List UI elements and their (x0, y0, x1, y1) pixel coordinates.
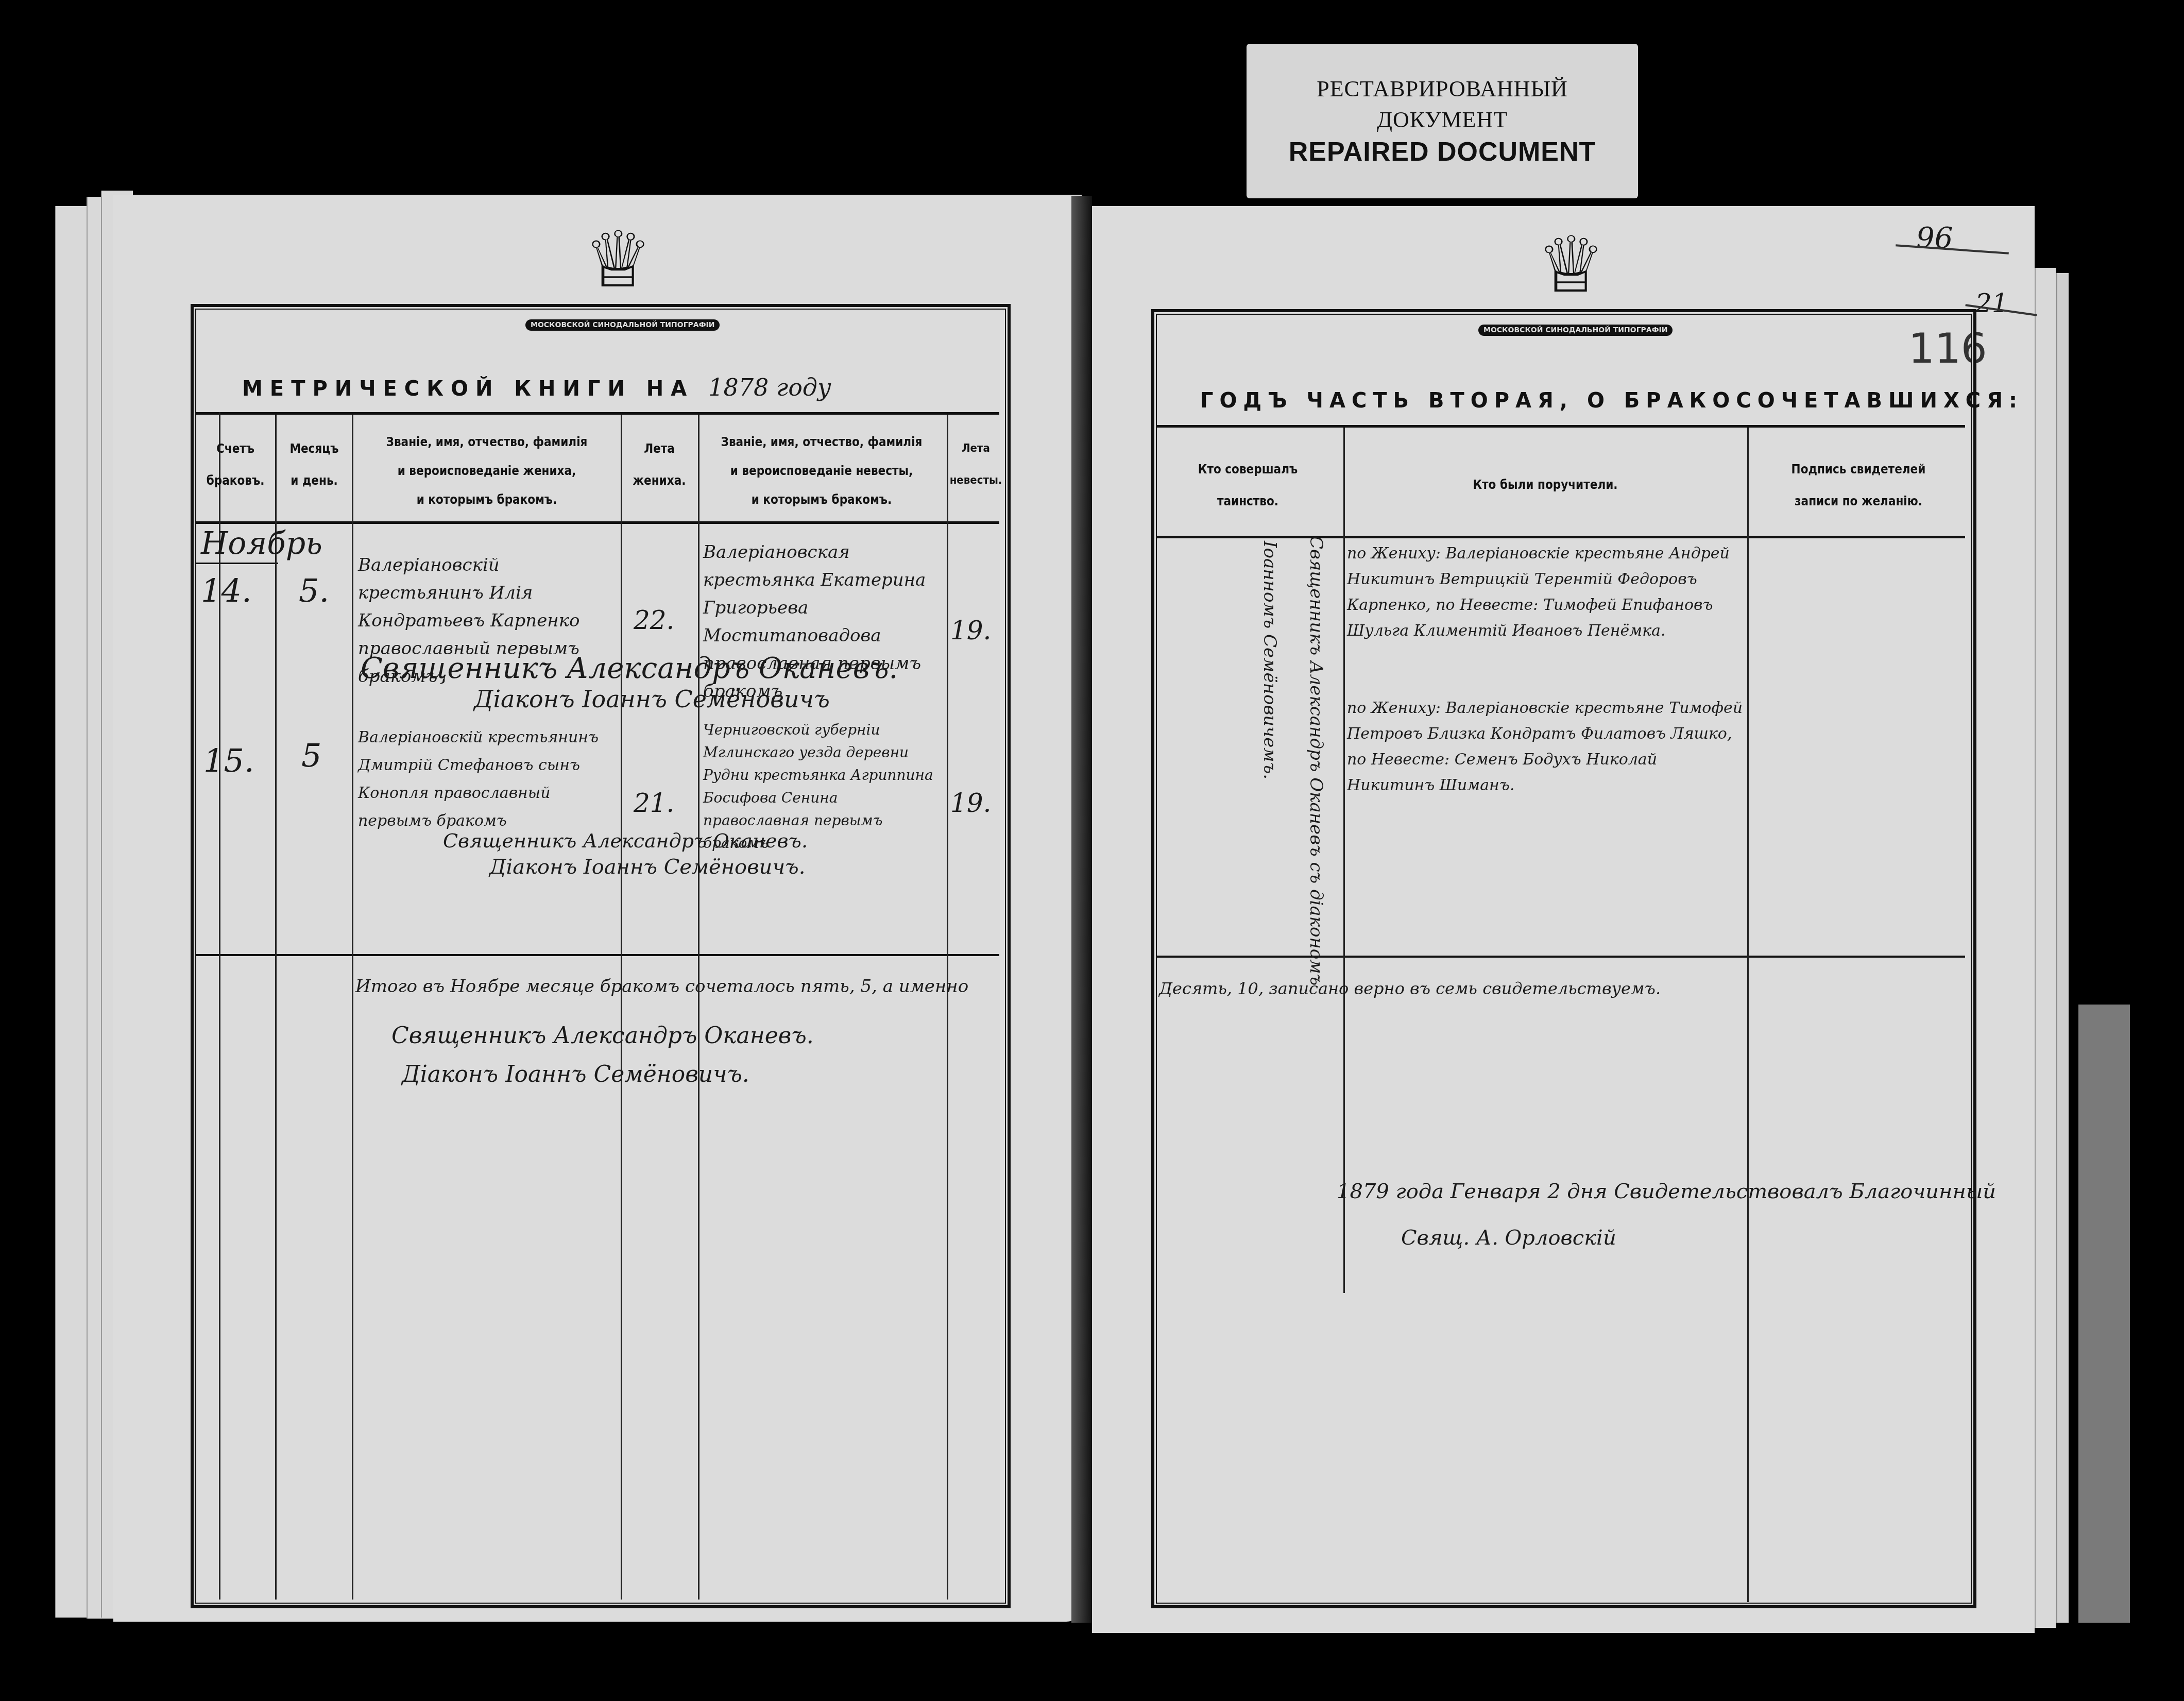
divider-age-bride (698, 415, 699, 1600)
right-page-heading: ГОДЪ ЧАСТЬ ВТОРАЯ, О БРАКОСОЧЕТАВШИХСЯ: (1200, 389, 2023, 413)
restoration-label-ru-line2: ДОКУМЕНТ (1247, 105, 1638, 135)
summary-top-rule (196, 954, 999, 956)
divider-officiant-sureties (1343, 428, 1345, 1293)
header-bottom-rule (196, 521, 999, 524)
col-head-groom-age: Лета жениха. (623, 433, 695, 497)
officiant-text-vertical-1: Священникъ Александръ Оканевъ съ діаконо… (1306, 536, 1326, 985)
record-day: 5 (301, 737, 321, 774)
header-top-rule (1156, 425, 1965, 428)
bride-age: 19. (950, 788, 992, 818)
bride-age: 19. (950, 616, 992, 645)
divider-sureties-witnesses (1747, 428, 1749, 1602)
officiant-text-vertical-2: Іоанномъ Семёновичемъ. (1259, 541, 1280, 779)
month-rule (196, 563, 278, 564)
col-head-bride: Званіе, имя, отчество, фамилія и вероисп… (701, 428, 943, 514)
sureties-record-15: по Жениху: Валеріановскіе крестьяне Тимо… (1347, 695, 1744, 798)
summary-priest-signature: Священникъ Александръ Оканевъ. (391, 1023, 814, 1049)
priest-signature: Священникъ Александръ Оканевъ. (443, 829, 808, 852)
col-head-officiant: Кто совершалъ таинство. (1156, 453, 1339, 517)
groom-age: 21. (634, 788, 675, 818)
col-head-sureties: Кто были поручители. (1347, 469, 1744, 501)
summary-text: Итого въ Ноябре месяце бракомъ сочеталос… (355, 976, 968, 997)
double-headed-eagle-icon: ♕ (1499, 227, 1643, 304)
summary-deacon-signature: Діаконъ Іоаннъ Семёновичъ. (402, 1061, 749, 1087)
divider-groom-age (621, 415, 622, 1600)
header-top-rule (196, 412, 999, 415)
restoration-label-en: REPAIRED DOCUMENT (1247, 135, 1638, 168)
folio-old-2: 21 (1975, 288, 2008, 318)
col-head-count: Счетъ браковъ. (197, 433, 274, 497)
groom-details: Валеріановскій крестьянинъ Дмитрій Стефа… (358, 724, 616, 835)
book-gutter-shadow (1071, 196, 1092, 1623)
verification-line-1: 1879 года Генваря 2 дня Свидетельствовал… (1337, 1180, 1996, 1203)
heading-printed: МЕТРИЧЕСКОЙ КНИГИ НА (242, 377, 694, 401)
verification-line-2: Свящ. А. Орловскій (1401, 1226, 1616, 1250)
right-summary-text: Десять, 10, записано верно въ семь свиде… (1159, 979, 1661, 998)
heading-year-handwritten: 1878 году (708, 373, 831, 401)
sureties-record-14: по Жениху: Валеріановскіе крестьяне Андр… (1347, 541, 1744, 644)
col-head-month-day: Месяцъ и день. (278, 433, 350, 497)
header-bottom-rule (1156, 536, 1965, 538)
record-day: 5. (299, 572, 329, 609)
col-head-groom: Званіе, имя, отчество, фамилія и вероисп… (355, 428, 618, 514)
double-headed-eagle-icon: ♕ (546, 222, 690, 299)
groom-age: 22. (634, 605, 675, 635)
deacon-signature: Діаконъ Іоаннъ Семёновичъ. (489, 855, 806, 879)
deacon-signature: Діаконъ Іоаннъ Семёновичъ (474, 685, 830, 713)
summary-top-rule (1156, 956, 1965, 958)
restoration-label-ru-line1: РЕСТАВРИРОВАННЫЙ (1247, 74, 1638, 105)
col-head-witness-signatures: Подпись свидетелей записи по желанію. (1750, 453, 1967, 517)
divider-count-month-line (275, 415, 277, 1600)
divider-bride-age (947, 415, 948, 1600)
priest-signature: Священникъ Александръ Оканевъ. (361, 652, 898, 685)
col-head-bride-age: Лета невесты. (949, 433, 1003, 497)
record-number: 14. (201, 572, 252, 609)
left-page-heading: МЕТРИЧЕСКОЙ КНИГИ НА 1878 году (242, 373, 831, 401)
divider-month-groom (352, 415, 353, 1600)
month-label: Ноябрь (201, 525, 322, 562)
record-number: 15. (203, 742, 254, 779)
restoration-label: РЕСТАВРИРОВАННЫЙ ДОКУМЕНТ REPAIRED DOCUM… (1247, 44, 1638, 198)
